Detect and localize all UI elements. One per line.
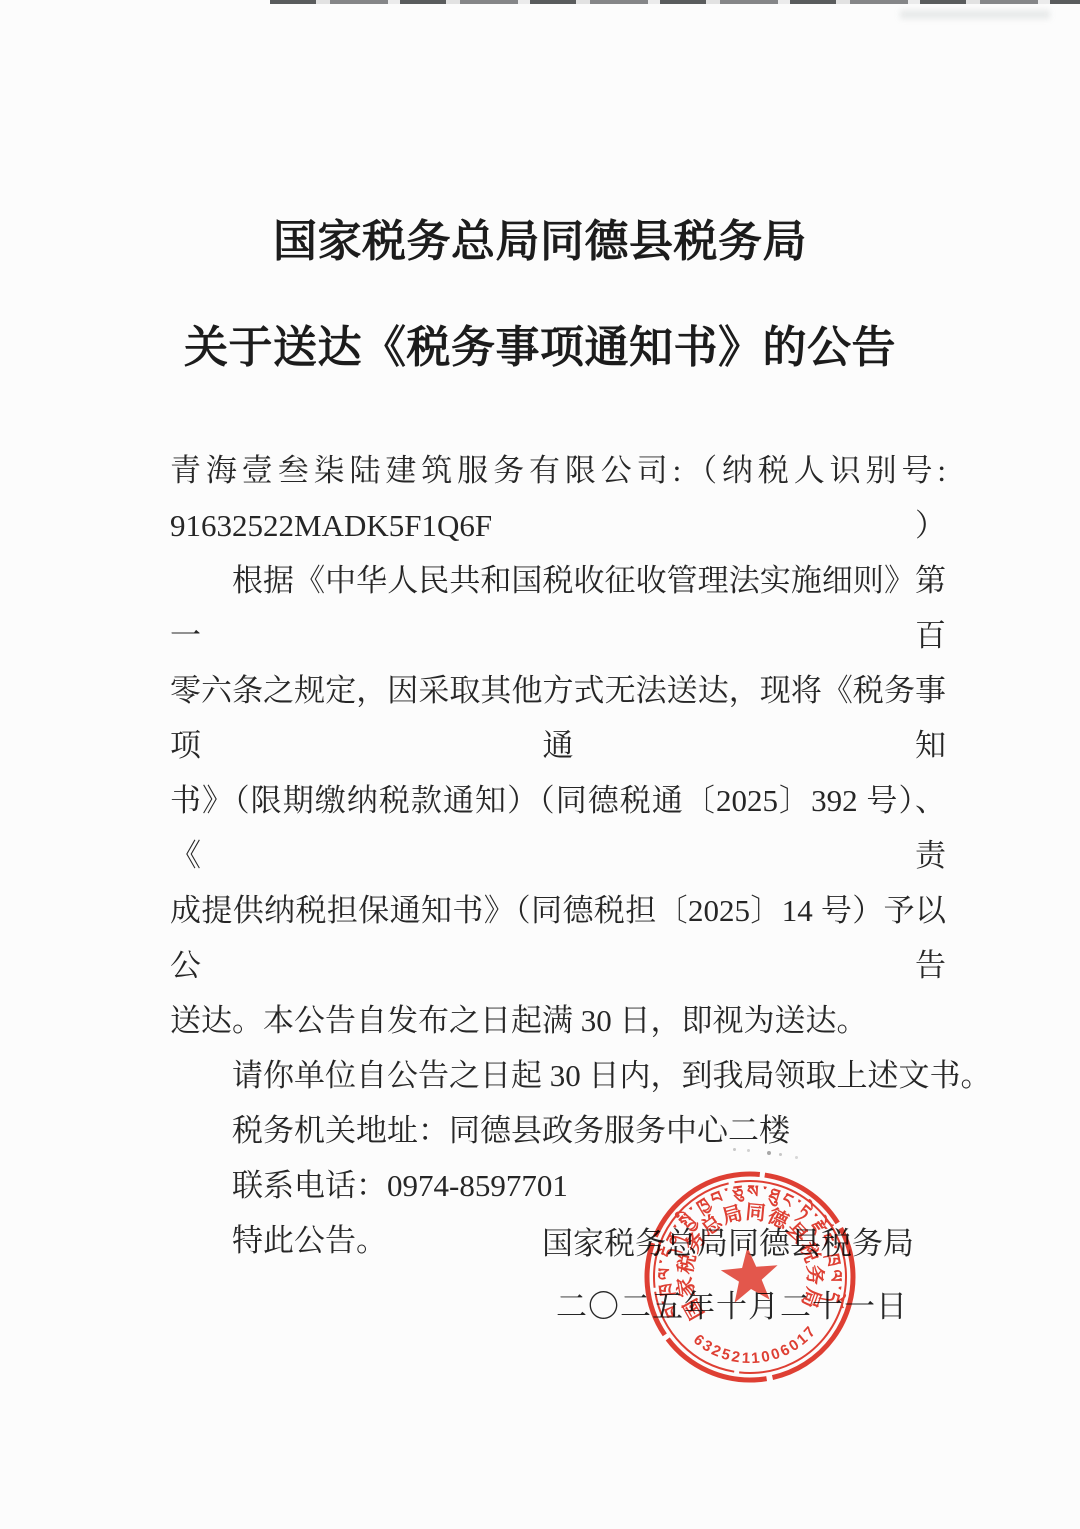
body-line: 根据《中华人民共和国税收征收管理法实施细则》第一百 bbox=[170, 553, 946, 663]
scan-edge-artifact bbox=[270, 0, 1080, 4]
body-line: 成提供纳税担保通知书》（同德税担〔2025〕14 号）予以公告 bbox=[170, 883, 946, 993]
scan-smear-artifact bbox=[900, 10, 1050, 19]
notice-document: 国家税务总局同德县税务局 关于送达《税务事项通知书》的公告 青海壹叁柒陆建筑服务… bbox=[0, 0, 1080, 1529]
document-title-agency: 国家税务总局同德县税务局 bbox=[0, 205, 1080, 269]
body-line-recipient: 青海壹叁柒陆建筑服务有限公司:（纳税人识别号: 91632522MADK5F1Q… bbox=[170, 443, 946, 553]
body-line: 书》（限期缴纳税款通知）（同德税通〔2025〕392 号）、《责 bbox=[170, 773, 946, 883]
star-icon bbox=[719, 1245, 781, 1304]
body-line-instruction: 请你单位自公告之日起 30 日内，到我局领取上述文书。 bbox=[170, 1048, 946, 1103]
document-title-subject: 关于送达《税务事项通知书》的公告 bbox=[0, 311, 1080, 375]
official-seal: རྒྱལ་ཁབ་ཁྲལ་དོན་སྤྱི་ཁྱབ་ཅུས་ཐུང་ཏེ་རྫོང… bbox=[587, 1114, 912, 1439]
body-line: 送达。本公告自发布之日起满 30 日，即视为送达。 bbox=[170, 993, 946, 1048]
body-line: 零六条之规定，因采取其他方式无法送达，现将《税务事项通知 bbox=[170, 663, 946, 773]
